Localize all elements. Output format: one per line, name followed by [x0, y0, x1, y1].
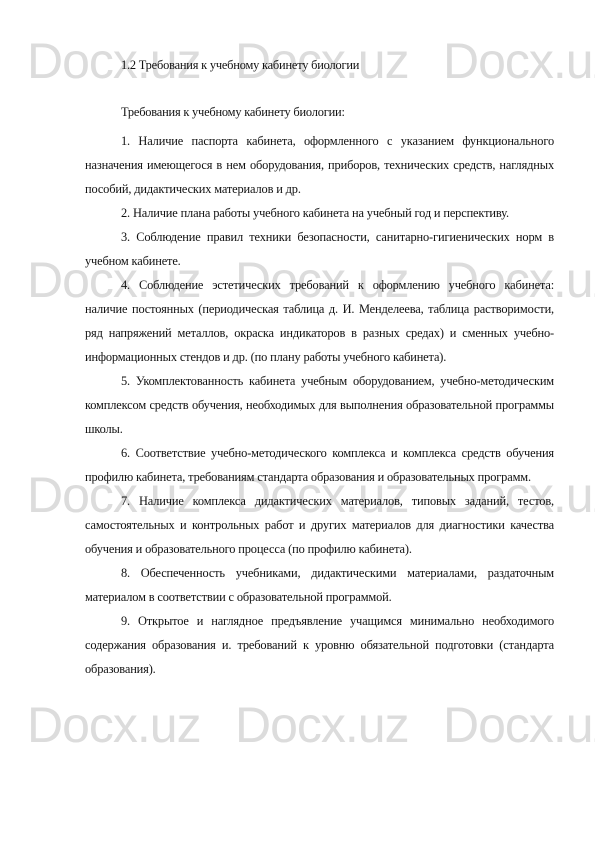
- watermark: Docx.uz: [27, 700, 201, 750]
- requirement-item: 3. Соблюдение правил техники безопасност…: [85, 225, 554, 273]
- requirement-item: 4. Соблюдение эстетических требований к …: [85, 273, 554, 369]
- requirement-item: 8. Обеспеченность учебниками, дидактичес…: [85, 561, 554, 609]
- watermark: Docx.uz: [443, 36, 595, 86]
- watermark: Docx.uz: [235, 700, 409, 750]
- intro-text: Требования к учебному кабинету биологии:: [121, 105, 345, 120]
- requirement-item: 2. Наличие плана работы учебного кабинет…: [85, 201, 554, 225]
- watermark: Docx.uz: [443, 700, 595, 750]
- requirement-item: 5. Укомплектованность кабинета учебным о…: [85, 369, 554, 441]
- requirement-item: 9. Открытое и наглядное предъявление уча…: [85, 609, 554, 681]
- section-title: 1.2 Требования к учебному кабинету биоло…: [121, 58, 359, 73]
- requirement-item: 7. Наличие комплекса дидактических матер…: [85, 489, 554, 561]
- requirements-list: 1. Наличие паспорта кабинета, оформленно…: [85, 129, 554, 681]
- requirement-item: 1. Наличие паспорта кабинета, оформленно…: [85, 129, 554, 201]
- requirement-item: 6. Соответствие учебно-методического ком…: [85, 441, 554, 489]
- watermark-row: Docx.uz Docx.uz Docx.uz: [0, 700, 595, 750]
